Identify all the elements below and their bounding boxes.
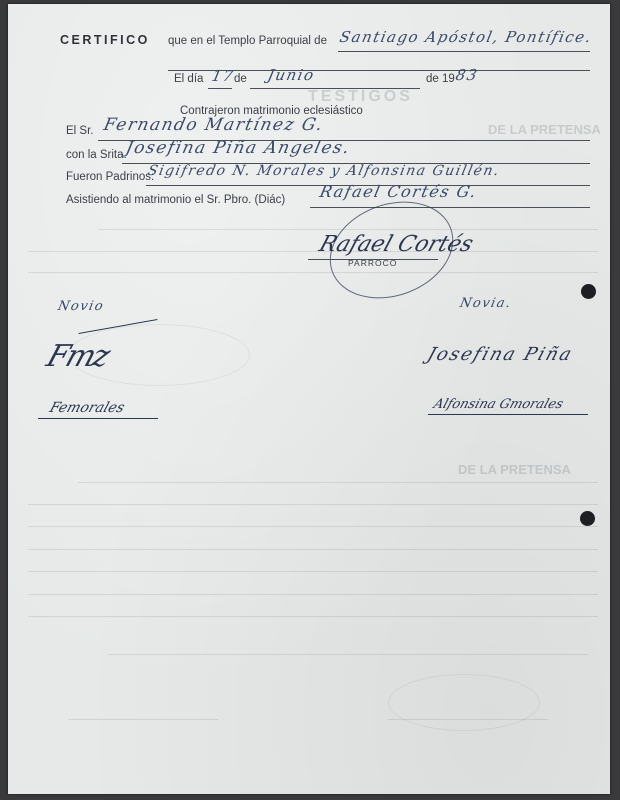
day-value: 17: [210, 67, 236, 85]
year-label: de 19: [426, 73, 455, 85]
groom-label: El Sr.: [66, 125, 93, 137]
priest-value: Rafael Cortés G.: [318, 182, 479, 201]
date-label-prefix: El día: [174, 73, 203, 85]
binder-hole: [581, 284, 596, 299]
bride-label: con la Srita.: [66, 149, 127, 161]
binder-hole: [580, 511, 595, 526]
year-value: 83: [454, 66, 480, 84]
bride-signature: Josefina Piña: [425, 344, 576, 365]
priest-label: Asistiendo al matrimonio el Sr. Pbro. (D…: [66, 194, 285, 206]
parish-priest-signature: Rafael Cortés: [316, 232, 476, 257]
groom-signature: Fmz: [42, 339, 112, 374]
bride-signature-label: Novia.: [458, 296, 513, 311]
bride-value: Josefina Piña Angeles.: [124, 138, 352, 158]
bride-witness-signature: Alfonsina Gmorales: [432, 397, 566, 412]
certificate-title: CERTIFICO: [60, 33, 150, 47]
groom-signature-label: Novio: [56, 299, 105, 314]
temple-label: que en el Templo Parroquial de: [168, 35, 327, 47]
parroco-label: PARROCO: [348, 258, 397, 268]
bleed-heading: TESTIGOS: [308, 88, 413, 106]
groom-value: Fernando Martínez G.: [102, 115, 326, 135]
bleed-side-heading: DE LA PRETENSA: [488, 122, 601, 137]
groom-witness-signature: Femorales: [47, 400, 126, 416]
month-value: Junio: [266, 66, 316, 84]
bleed-side-heading: DE LA PRETENSA: [458, 462, 571, 477]
godparents-label: Fueron Padrinos:: [66, 171, 154, 183]
temple-value: Santiago Apóstol, Pontífice.: [338, 28, 594, 46]
date-label-of: de: [234, 73, 247, 85]
godparents-value: Sigifredo N. Morales y Alfonsina Guillén…: [146, 163, 501, 179]
certificate-page: TESTIGOS DE LA PRETENSA DE LA PRETENSA C…: [8, 4, 610, 794]
